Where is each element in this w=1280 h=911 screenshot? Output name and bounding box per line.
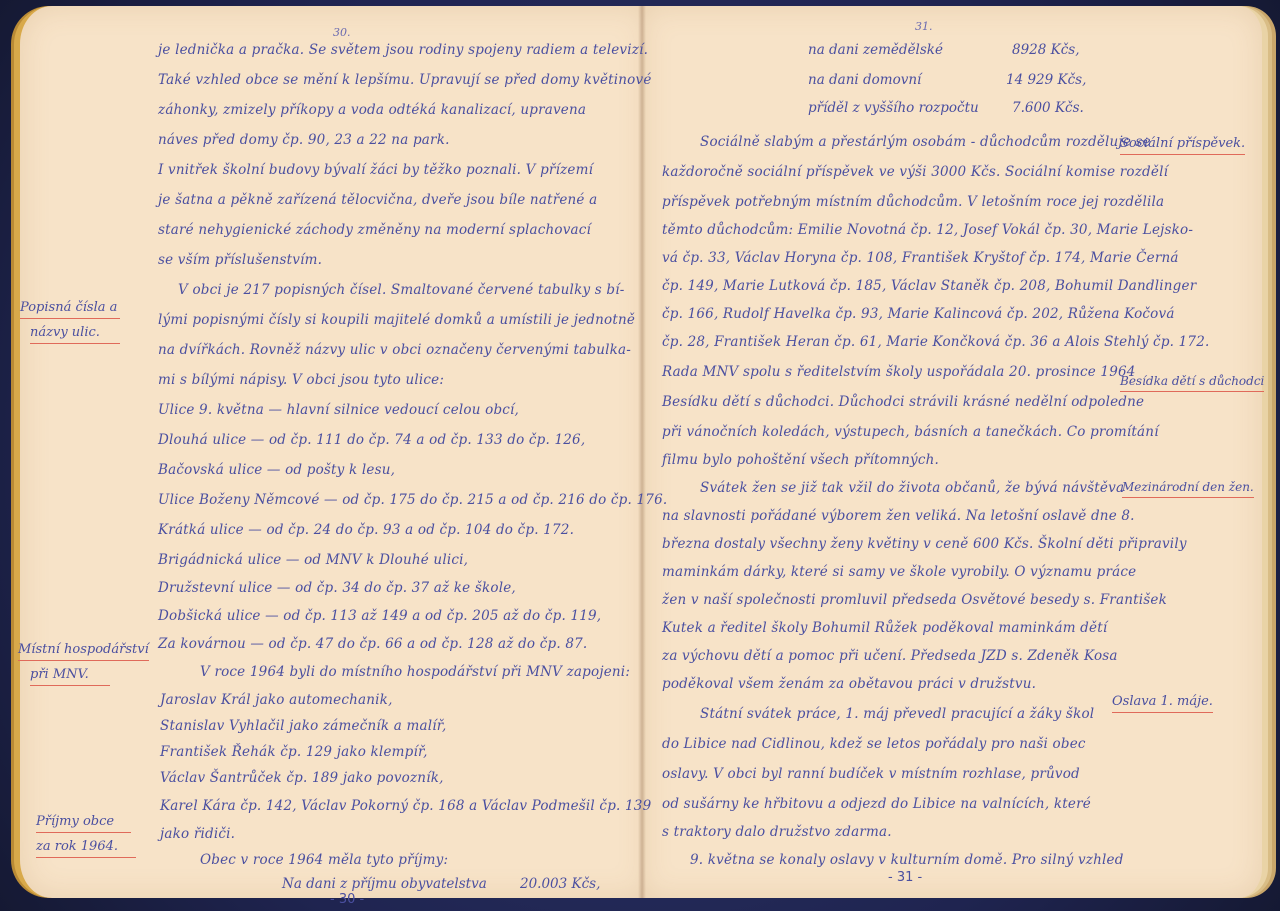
margin-note-local-economy: Místní hospodářství při MNV. xyxy=(18,642,149,692)
worker-line: Václav Šantrůček čp. 189 jako povozník, xyxy=(160,770,444,786)
margin-note-social-contribution: Sociální příspěvek. xyxy=(1120,136,1245,161)
margin-note-income: Příjmy obce za rok 1964. xyxy=(36,814,136,864)
right-line: Svátek žen se již tak vžil do života obč… xyxy=(700,480,1124,496)
worker-line: Karel Kára čp. 142, Václav Pokorný čp. 1… xyxy=(160,798,651,814)
right-line: Kutek a ředitel školy Bohumil Růžek podě… xyxy=(662,620,1107,636)
margin-note-may-day: Oslava 1. máje. xyxy=(1112,694,1213,719)
income-label: na dani domovní xyxy=(808,72,921,88)
left-line: V roce 1964 byli do místního hospodářstv… xyxy=(200,664,630,680)
income-value: 7.600 Kčs. xyxy=(1012,100,1084,116)
right-line: Sociálně slabým a přestárlým osobám - dů… xyxy=(700,134,1151,150)
right-page-bottom-number: - 31 - xyxy=(888,870,922,885)
street-line: Bačovská ulice — od pošty k lesu, xyxy=(158,462,395,478)
left-page-bottom-number: - 30 - xyxy=(330,892,364,907)
right-line: poděkoval všem ženám za obětavou práci v… xyxy=(662,676,1036,692)
margin-note-children-pensioners: Besídka dětí s důchodci xyxy=(1120,374,1264,398)
left-line: Obec v roce 1964 měla tyto příjmy: xyxy=(200,852,448,868)
right-line: Rada MNV spolu s ředitelstvím školy uspo… xyxy=(662,364,1136,380)
left-page-top-number: 30. xyxy=(333,26,351,39)
street-line: Družstevní ulice — od čp. 34 do čp. 37 a… xyxy=(158,580,516,596)
street-line: Ulice 9. května — hlavní silnice vedoucí… xyxy=(158,402,519,418)
street-line: Krátká ulice — od čp. 24 do čp. 93 a od … xyxy=(158,522,574,538)
left-line: staré nehygienické záchody změněny na mo… xyxy=(158,222,591,238)
right-line: čp. 149, Marie Lutková čp. 185, Václav S… xyxy=(662,278,1196,294)
left-line: na dvířkách. Rovněž názvy ulic v obci oz… xyxy=(158,342,631,358)
income-label: Na dani z příjmu obyvatelstva xyxy=(282,876,487,892)
left-line: Také vzhled obce se mění k lepšímu. Upra… xyxy=(158,72,652,88)
right-line: filmu bylo pohoštění všech přítomných. xyxy=(662,452,939,468)
margin-note-house-numbers: Popisná čísla a názvy ulic. xyxy=(20,300,120,350)
right-line: každoročně sociální příspěvek ve výši 30… xyxy=(662,164,1168,180)
income-label: na dani zemědělské xyxy=(808,42,943,58)
street-line: Dlouhá ulice — od čp. 111 do čp. 74 a od… xyxy=(158,432,585,448)
right-line: za výchovu dětí a pomoc při učení. Předs… xyxy=(662,648,1118,664)
income-value: 8928 Kčs, xyxy=(1012,42,1080,58)
left-line: mi s bílými nápisy. V obci jsou tyto uli… xyxy=(158,372,444,388)
left-line: je lednička a pračka. Se světem jsou rod… xyxy=(158,42,648,58)
book-gutter xyxy=(638,6,646,898)
income-value: 20.003 Kčs, xyxy=(520,876,600,892)
right-line: 9. května se konaly oslavy v kulturním d… xyxy=(690,852,1124,868)
street-line: Ulice Boženy Němcové — od čp. 175 do čp.… xyxy=(158,492,667,508)
right-line: od sušárny ke hřbitovu a odjezd do Libic… xyxy=(662,796,1091,812)
worker-line: Jaroslav Král jako automechanik, xyxy=(160,692,393,708)
left-line: lými popisnými čísly si koupili majitelé… xyxy=(158,312,635,328)
right-line: vá čp. 33, Václav Horyna čp. 108, Franti… xyxy=(662,250,1179,266)
right-line: na slavnosti pořádané výborem žen veliká… xyxy=(662,508,1135,524)
right-line: čp. 166, Rudolf Havelka čp. 93, Marie Ka… xyxy=(662,306,1175,322)
right-line: při vánočních koledách, výstupech, básní… xyxy=(662,424,1159,440)
worker-line: František Řehák čp. 129 jako klempíř, xyxy=(160,744,428,760)
left-line: se vším příslušenstvím. xyxy=(158,252,322,268)
left-line: záhonky, zmizely příkopy a voda odtéká k… xyxy=(158,102,586,118)
street-line: Brigádnická ulice — od MNV k Dlouhé ulic… xyxy=(158,552,468,568)
right-line: Besídku dětí s důchodci. Důchodci strávi… xyxy=(662,394,1144,410)
right-line: oslavy. V obci byl ranní budíček v místn… xyxy=(662,766,1080,782)
income-label: příděl z vyššího rozpočtu xyxy=(808,100,979,116)
street-line: Za kovárnou — od čp. 47 do čp. 66 a od č… xyxy=(158,636,587,652)
right-line: s traktory dalo družstvo zdarma. xyxy=(662,824,892,840)
street-line: Dobšická ulice — od čp. 113 až 149 a od … xyxy=(158,608,601,624)
worker-line: jako řidiči. xyxy=(160,826,235,842)
right-line: těmto důchodcům: Emilie Novotná čp. 12, … xyxy=(662,222,1193,238)
left-line: I vnitřek školní budovy bývalí žáci by t… xyxy=(158,162,593,178)
right-line: do Libice nad Cidlinou, kdež se letos po… xyxy=(662,736,1086,752)
left-line: je šatna a pěkně zařízená tělocvična, dv… xyxy=(158,192,597,208)
right-line: žen v naší společnosti promluvil předsed… xyxy=(662,592,1167,608)
income-value: 14 929 Kčs, xyxy=(1006,72,1086,88)
right-page-top-number: 31. xyxy=(915,20,933,33)
right-line: čp. 28, František Heran čp. 61, Marie Ko… xyxy=(662,334,1210,350)
open-chronicle-book: 30. je lednička a pračka. Se světem jsou… xyxy=(0,0,1280,911)
right-line: Státní svátek práce, 1. máj převedl prac… xyxy=(700,706,1094,722)
worker-line: Stanislav Vyhlačil jako zámečník a malíř… xyxy=(160,718,446,734)
margin-note-womens-day: Mezinárodní den žen. xyxy=(1122,480,1254,504)
left-line: V obci je 217 popisných čísel. Smaltovan… xyxy=(178,282,625,298)
right-line: maminkám dárky, které si samy ve škole v… xyxy=(662,564,1136,580)
left-line: náves před domy čp. 90, 23 a 22 na park. xyxy=(158,132,450,148)
right-line: příspěvek potřebným místním důchodcům. V… xyxy=(662,194,1164,210)
right-line: března dostaly všechny ženy květiny v ce… xyxy=(662,536,1187,552)
